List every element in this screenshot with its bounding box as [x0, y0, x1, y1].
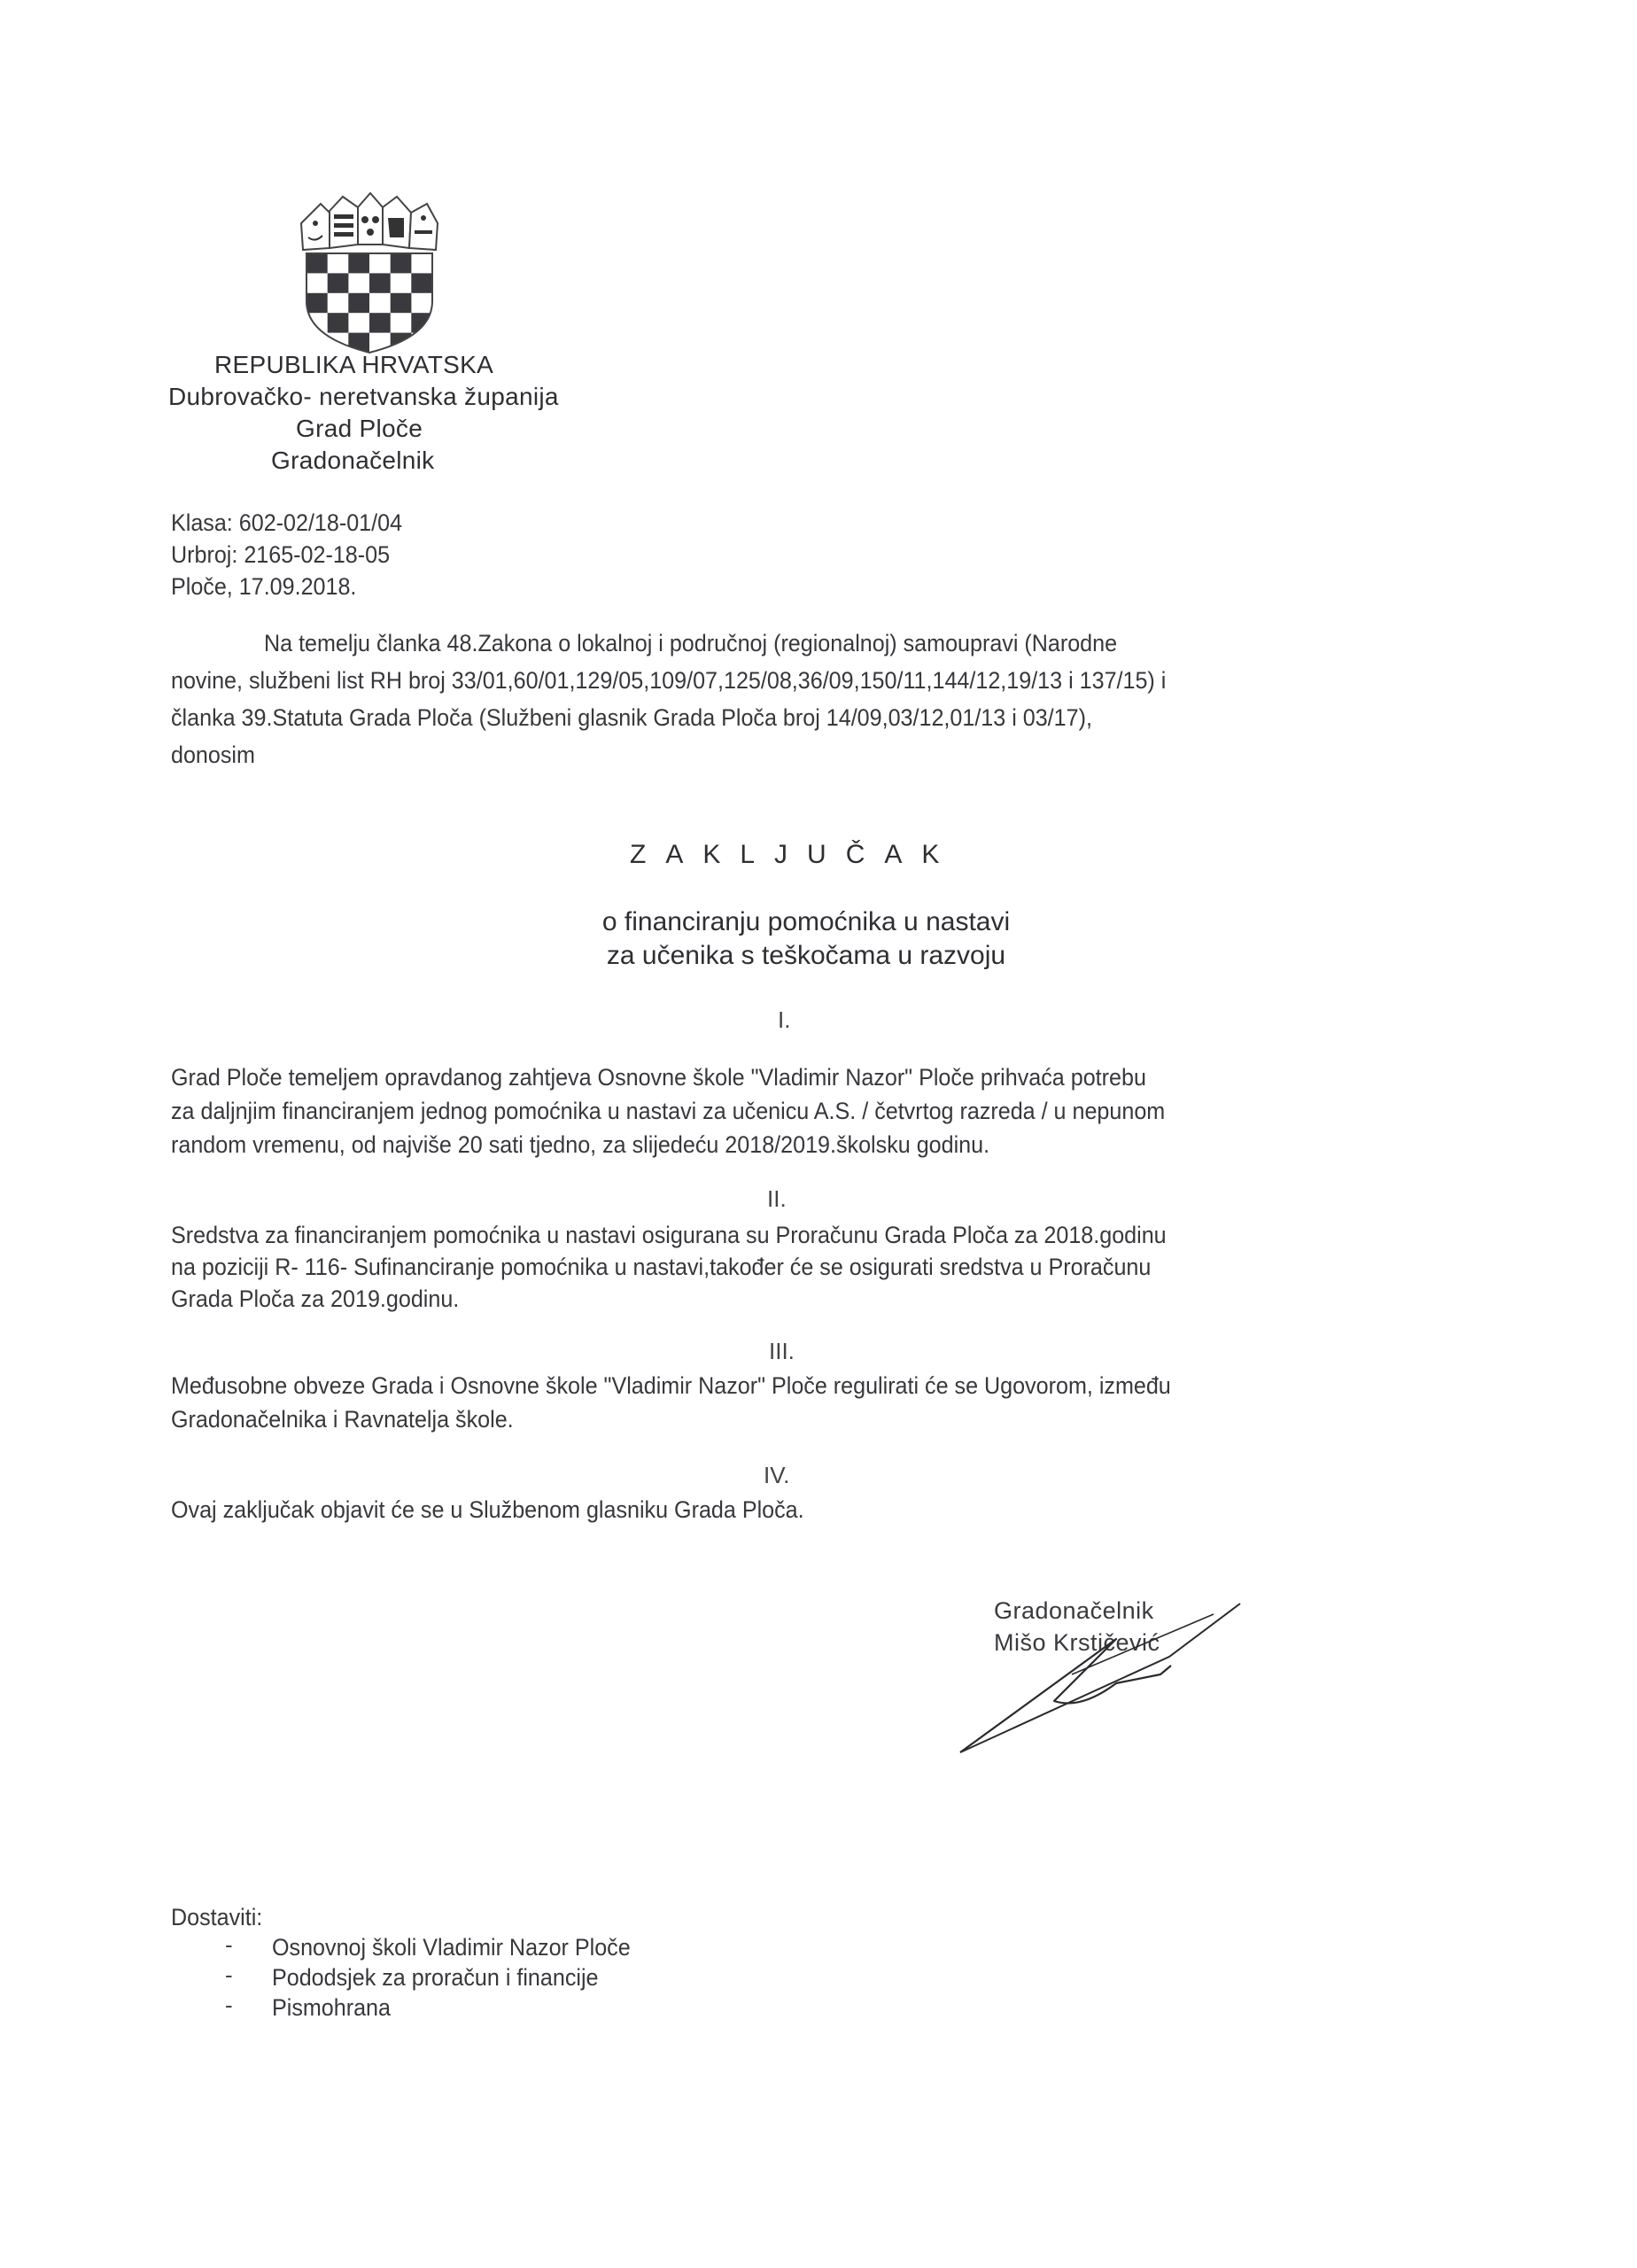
preamble-line: donosim — [171, 739, 255, 771]
article-numeral: I. — [778, 1006, 790, 1034]
document-title: ZAKLJUČAK — [630, 840, 958, 870]
urbroj: Urbroj: 2165-02-18-05 — [171, 539, 390, 571]
article-line: na poziciji R- 116- Sufinanciranje pomoć… — [171, 1251, 1151, 1283]
article-numeral: IV. — [764, 1462, 789, 1489]
county-name: Dubrovačko- neretvanska županija — [168, 381, 559, 413]
distribution-item: Pismohrana — [272, 1992, 391, 2023]
article-line: za daljnjim financiranjem jednog pomoćni… — [171, 1095, 1165, 1127]
bullet-dash: - — [225, 1992, 233, 2019]
subtitle-line-1: o financiranju pomoćnika u nastavi — [496, 905, 1116, 939]
distribution-item: Osnovnoj školi Vladimir Nazor Ploče — [272, 1931, 631, 1963]
article-line: Grad Ploče temeljem opravdanog zahtjeva … — [171, 1061, 1146, 1093]
bullet-dash: - — [225, 1931, 233, 1959]
city-name: Grad Ploče — [296, 413, 423, 445]
article-numeral: II. — [767, 1185, 787, 1213]
klasa: Klasa: 602-02/18-01/04 — [171, 507, 402, 539]
bullet-dash: - — [225, 1961, 233, 1989]
article-line: Međusobne obveze Grada i Osnovne škole "… — [171, 1370, 1171, 1402]
country-name: REPUBLIKA HRVATSKA — [214, 349, 493, 381]
distribution-item: Pododsjek za proračun i financije — [272, 1961, 598, 1993]
article-line: Grada Ploča za 2019.godinu. — [171, 1283, 459, 1315]
place-date: Ploče, 17.09.2018. — [171, 571, 356, 602]
office-name: Gradonačelnik — [271, 445, 434, 477]
subtitle-line-2: za učenika s teškočama u razvoju — [496, 939, 1116, 973]
article-line: Gradonačelnika i Ravnatelja škole. — [171, 1403, 514, 1435]
article-numeral: III. — [769, 1338, 795, 1365]
article-line: random vremenu, od najviše 20 sati tjedn… — [171, 1129, 989, 1161]
preamble-line: novine, službeni list RH broj 33/01,60/0… — [171, 664, 1166, 696]
croatian-coat-of-arms-icon — [294, 186, 445, 354]
article-line: Sredstva za financiranjem pomoćnika u na… — [171, 1219, 1167, 1251]
preamble-line: članka 39.Statuta Grada Ploča (Službeni … — [171, 702, 1092, 734]
distribution-label: Dostaviti: — [171, 1901, 262, 1933]
preamble-line: Na temelju članka 48.Zakona o lokalnoj i… — [264, 627, 1117, 659]
article-line: Ovaj zaključak objavit će se u Službenom… — [171, 1494, 804, 1526]
handwritten-signature-icon — [948, 1577, 1249, 1772]
